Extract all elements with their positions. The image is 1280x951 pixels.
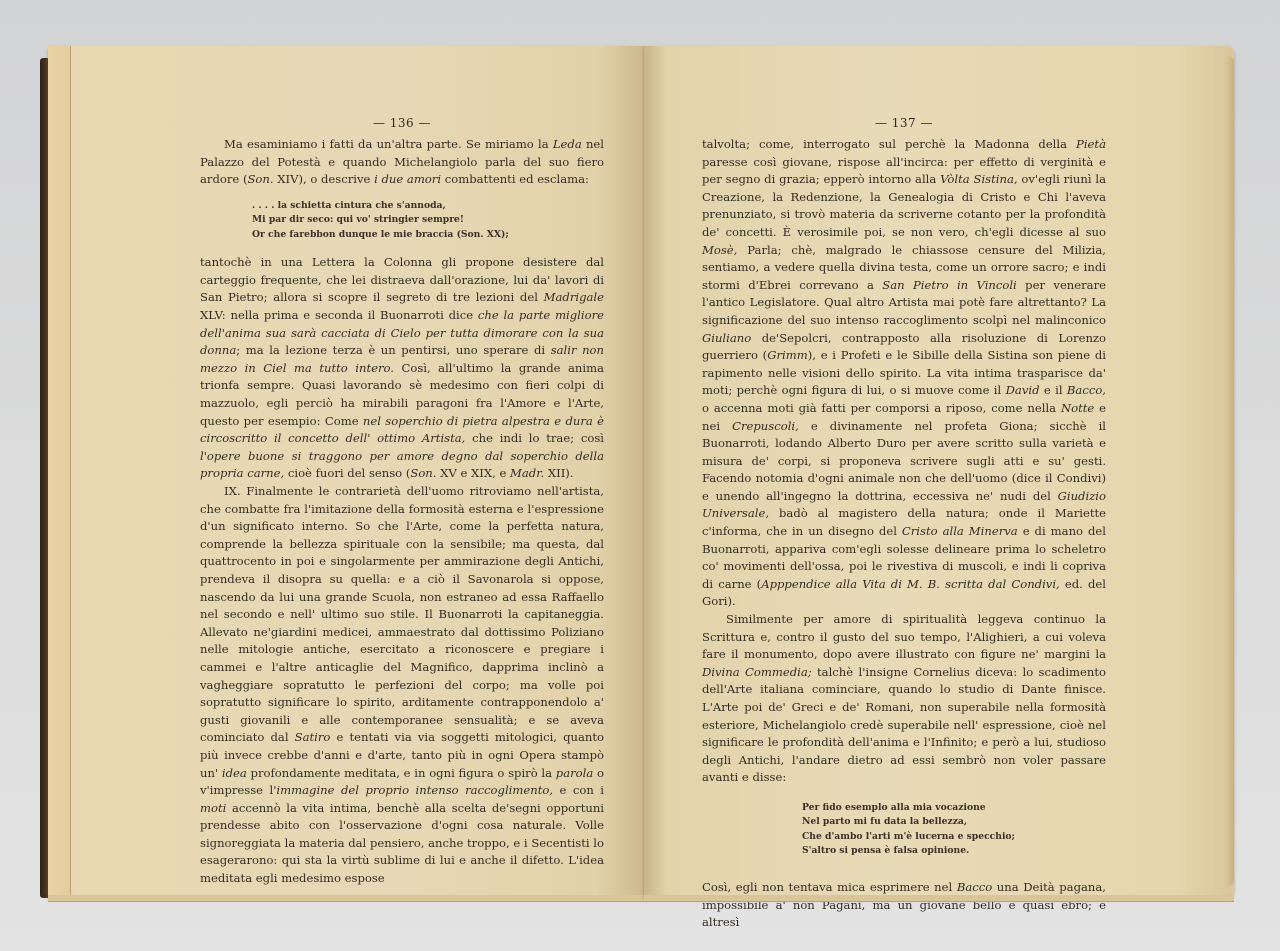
- italic-text: Cristo alla Minerva: [902, 524, 1018, 538]
- italic-text: Pietà: [1076, 137, 1106, 151]
- italic-text: Madr.: [510, 466, 544, 480]
- text-run: XII).: [544, 466, 573, 480]
- text-run: accennò la vita intima, benchè alla scel…: [200, 801, 604, 885]
- text-run: XIV), o descrive: [274, 172, 375, 186]
- page-number: — 137 —: [702, 116, 1106, 130]
- italic-text: Apppendice alla Vita di M. B. scritta da…: [761, 577, 1060, 591]
- italic-text: Crepuscoli,: [732, 419, 799, 433]
- verse-line: Mi par dir seco: qui vo' stringier sempr…: [252, 213, 604, 228]
- verse-line: Che d'ambo l'arti m'è lucerna e specchio…: [802, 830, 1106, 845]
- text-run: talvolta; come, interrogato sul perchè l…: [702, 137, 1076, 151]
- page-edge: [48, 895, 644, 902]
- right-page: — 137 — talvolta; come, interrogato sul …: [644, 46, 1234, 898]
- verse-line: Or che farebbon dunque le mie braccia (S…: [252, 228, 604, 243]
- italic-text: Mosè,: [702, 243, 737, 257]
- page-edge: [644, 895, 1234, 902]
- text-run: cioè fuori del senso (: [284, 466, 410, 480]
- text-run: talchè l'insigne Cornelius diceva: lo sc…: [702, 665, 1106, 785]
- text-run: o accenna moti già fatti per comporsi a …: [702, 401, 1061, 415]
- text-run: combattenti ed esclama:: [441, 172, 589, 186]
- italic-text: David: [1006, 383, 1040, 397]
- italic-text: Bacco,: [1067, 383, 1106, 397]
- paragraph: Similmente per amore di spiritualità leg…: [702, 611, 1106, 787]
- paragraph: talvolta; come, interrogato sul perchè l…: [702, 136, 1106, 611]
- page-number: — 136 —: [200, 116, 604, 130]
- text-run: e con i: [553, 783, 604, 797]
- text-run: Similmente per amore di spiritualità leg…: [702, 612, 1106, 661]
- italic-text: Son.: [247, 172, 273, 186]
- text-run: e il: [1040, 383, 1067, 397]
- verse-line: . . . . la schietta cintura che s'annoda…: [252, 199, 604, 214]
- italic-text: moti: [200, 801, 226, 815]
- text-run: ; ma la lezione terza è un pentirsi, uno…: [236, 343, 550, 357]
- italic-text: Leda: [553, 137, 582, 151]
- italic-text: Vòlta Sistina,: [940, 172, 1017, 186]
- text-run: IX. Finalmente le contrarietà dell'uomo …: [200, 484, 604, 744]
- italic-text: immagine del proprio intenso raccoglimen…: [276, 783, 553, 797]
- right-page-text: — 137 — talvolta; come, interrogato sul …: [702, 116, 1106, 932]
- text-run: Così, egli non tentava mica esprimere ne…: [702, 880, 957, 894]
- left-page-binding-strip: [48, 46, 71, 898]
- paragraph: Ma esaminiamo i fatti da un'altra parte.…: [200, 136, 604, 189]
- fore-edge: [1226, 56, 1234, 886]
- verse-line: Per fido esemplo alla mia vocazione: [802, 801, 1106, 816]
- italic-text: Notte: [1061, 401, 1094, 415]
- italic-text: i due amori: [374, 172, 441, 186]
- text-run: profondamente meditata, e in ogni figura…: [247, 766, 556, 780]
- italic-text: Madrigale: [544, 290, 604, 304]
- text-run: XLV: nella prima e seconda il Buonarroti…: [200, 308, 478, 322]
- italic-text: Divina Commedia;: [702, 665, 812, 679]
- left-page-text: — 136 — Ma esaminiamo i fatti da un'altr…: [200, 116, 604, 888]
- open-book: — 136 — Ma esaminiamo i fatti da un'altr…: [48, 46, 1234, 898]
- text-run: XV e XIX, e: [436, 466, 510, 480]
- italic-text: Satiro: [295, 730, 331, 744]
- verse-quote: . . . . la schietta cintura che s'annoda…: [200, 199, 604, 243]
- italic-text: San Pietro in Vincoli: [882, 278, 1016, 292]
- italic-text: idea: [222, 766, 247, 780]
- text-run: che indi lo trae; così: [465, 431, 604, 445]
- italic-text: Giuliano: [702, 331, 751, 345]
- text-run: Ma esaminiamo i fatti da un'altra parte.…: [224, 137, 553, 151]
- verse-line: S'altro si pensa è falsa opinione.: [802, 844, 1106, 859]
- italic-text: Son.: [410, 466, 436, 480]
- italic-text: Bacco: [957, 880, 992, 894]
- verse-line: Nel parto mi fu data la bellezza,: [802, 815, 1106, 830]
- verse-quote: Per fido esemplo alla mia vocazioneNel p…: [702, 801, 1106, 859]
- italic-text: parola: [556, 766, 593, 780]
- left-page: — 136 — Ma esaminiamo i fatti da un'altr…: [48, 46, 644, 898]
- italic-text: Grimm: [767, 348, 808, 362]
- paragraph-section-ix: IX. Finalmente le contrarietà dell'uomo …: [200, 483, 604, 888]
- paragraph: tantochè in una Lettera la Colonna gli p…: [200, 254, 604, 483]
- paragraph: Così, egli non tentava mica esprimere ne…: [702, 879, 1106, 932]
